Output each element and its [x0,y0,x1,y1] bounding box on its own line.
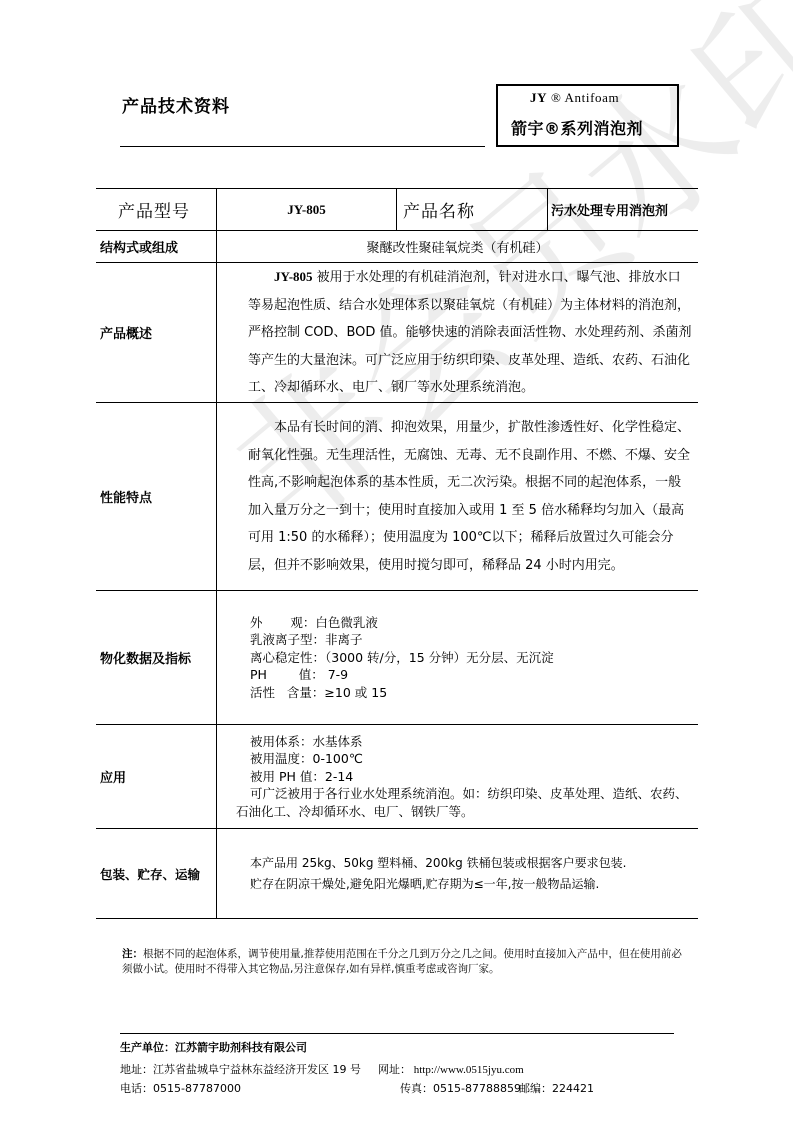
website: 网址： http://www.0515jyu.com [378,1061,524,1077]
storage-line: 贮存在阴凉干燥处,避免阳光爆晒,贮存期为≤一年,按一般物品运输. [250,874,626,895]
application-ph: 被用 PH 值：2-14 [236,768,696,786]
telephone: 电话：0515-87787000 [120,1080,241,1096]
website-link[interactable]: http://www.0515jyu.com [411,1064,524,1076]
postal-code: 邮编：224421 [519,1080,594,1096]
specs-label: 物化数据及指标 [100,591,214,724]
usage-note: 注：根据不同的起泡体系，调节使用量,推荐使用范围在千分之几到万分之几之间。使用时… [122,947,692,977]
note-text: 根据不同的起泡体系，调节使用量,推荐使用范围在千分之几到万分之几之间。使用时直接… [122,948,682,975]
specs-cell: 外 观：白色微乳液 乳液离子型：非离子 离心稳定性：（3000 转/分，15 分… [250,591,690,724]
application-system: 被用体系：水基体系 [236,733,696,751]
fax: 传真：0515-87788859 [400,1080,521,1096]
overview-model: JY-805 [274,269,313,284]
application-temperature: 被用温度：0-100℃ [236,750,696,768]
table-header-divider [547,188,548,230]
spec-appearance: 外 观：白色微乳液 [250,614,554,632]
brand-chinese: 箭宇®系列消泡剂 [511,116,643,139]
composition-label: 结构式或组成 [100,231,214,262]
title-underline [120,146,485,147]
packaging-line: 本产品用 25kg、50kg 塑料桶、200kg 铁桶包装或根据客户要求包装. [250,853,626,874]
address: 地址：江苏省盐城阜宁益林东益经济开发区 19 号 [120,1061,361,1077]
composition-value: 聚醚改性聚硅氧烷类（有机硅） [217,231,698,262]
overview-label: 产品概述 [100,263,214,402]
packaging-cell: 本产品用 25kg、50kg 塑料桶、200kg 铁桶包装或根据客户要求包装. … [250,829,695,918]
spec-ionic-type: 乳液离子型：非离子 [250,631,554,649]
brand-box: JY ® Antifoam 箭宇®系列消泡剂 [496,84,679,147]
model-value: JY-805 [217,189,396,230]
table-header-divider [396,188,397,230]
overview-text: JY-805 被用于水处理的有机硅消泡剂，针对进水口、曝气池、排放水口等易起泡性… [248,263,693,402]
table-rule-bottom [96,918,698,919]
packaging-label: 包装、贮存、运输 [100,829,214,918]
spec-ph: PH 值： 7-9 [250,666,554,684]
features-text: 本品有长时间的消、抑泡效果，用量少，扩散性渗透性好、化学性稳定、耐氧化性强。无生… [248,414,693,579]
overview-cell: JY-805 被用于水处理的有机硅消泡剂，针对进水口、曝气池、排放水口等易起泡性… [248,264,693,401]
table-column-divider [216,188,217,918]
application-label: 应用 [100,725,214,828]
overview-body: 被用于水处理的有机硅消泡剂，针对进水口、曝气池、排放水口等易起泡性质、结合水处理… [248,270,692,395]
name-label: 产品名称 [403,189,475,230]
spec-active-content: 活性 含量：≥10 或 15 [250,684,554,702]
brand-en-suffix: ® Antifoam [547,90,619,105]
application-list: 被用体系：水基体系 被用温度：0-100℃ 被用 PH 值：2-14 可广泛被用… [236,733,696,821]
note-label: 注： [122,948,143,960]
brand-en-prefix: JY [530,90,547,105]
model-label: 产品型号 [118,189,190,230]
brand-english: JY ® Antifoam [530,90,619,106]
packaging-list: 本产品用 25kg、50kg 塑料桶、200kg 铁桶包装或根据客户要求包装. … [250,853,626,895]
application-cell: 被用体系：水基体系 被用温度：0-100℃ 被用 PH 值：2-14 可广泛被用… [236,725,696,828]
specs-list: 外 观：白色微乳液 乳液离子型：非离子 离心稳定性：（3000 转/分，15 分… [250,614,554,702]
footer-rule [120,1033,674,1034]
website-label: 网址： [378,1063,411,1076]
features-cell: 本品有长时间的消、抑泡效果，用量少，扩散性渗透性好、化学性稳定、耐氧化性强。无生… [248,404,693,589]
manufacturer: 生产单位：江苏箭宇助剂科技有限公司 [120,1039,307,1055]
spec-centrifugal-stability: 离心稳定性：（3000 转/分，15 分钟）无分层、无沉淀 [250,649,554,667]
document-title: 产品技术资料 [122,92,230,117]
name-value: 污水处理专用消泡剂 [551,189,668,230]
application-usage: 可广泛被用于各行业水处理系统消泡。如：纺织印染、皮革处理、造纸、农药、石油化工、… [236,785,696,820]
features-label: 性能特点 [100,403,214,590]
